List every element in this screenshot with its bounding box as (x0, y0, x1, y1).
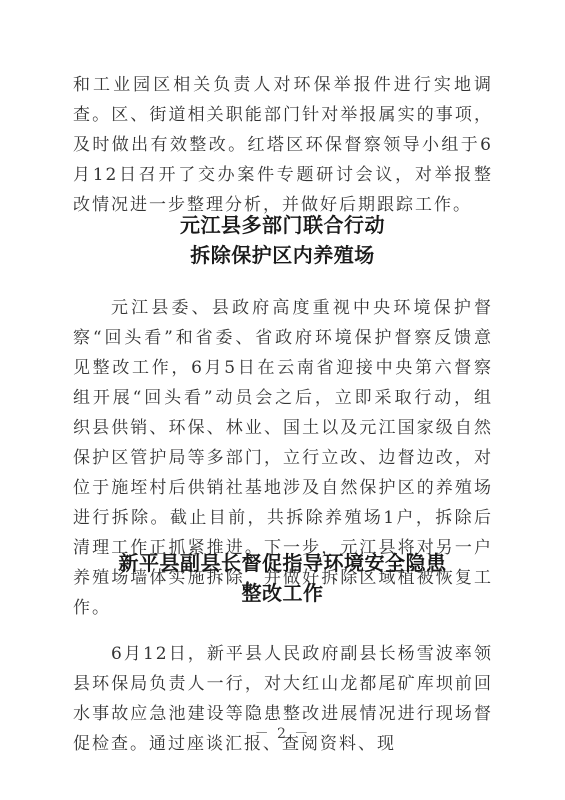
heading-line-1: 新平县副县长督促指导环境安全隐患 (0, 548, 565, 578)
heading-line-2: 整改工作 (0, 578, 565, 608)
heading-line-1: 元江县多部门联合行动 (0, 210, 565, 240)
section-heading-yuanjiang: 元江县多部门联合行动 拆除保护区内养殖场 (0, 210, 565, 270)
section-heading-xinping: 新平县副县长督促指导环境安全隐患 整改工作 (0, 548, 565, 608)
paragraph-continuation: 和工业园区相关负责人对环保举报件进行实地调查。区、街道相关职能部门针对举报属实的… (73, 70, 493, 220)
document-page: 和工业园区相关负责人对环保举报件进行实地调查。区、街道相关职能部门针对举报属实的… (0, 0, 565, 800)
page-number: － 2 － (0, 724, 565, 744)
heading-line-2: 拆除保护区内养殖场 (0, 240, 565, 270)
